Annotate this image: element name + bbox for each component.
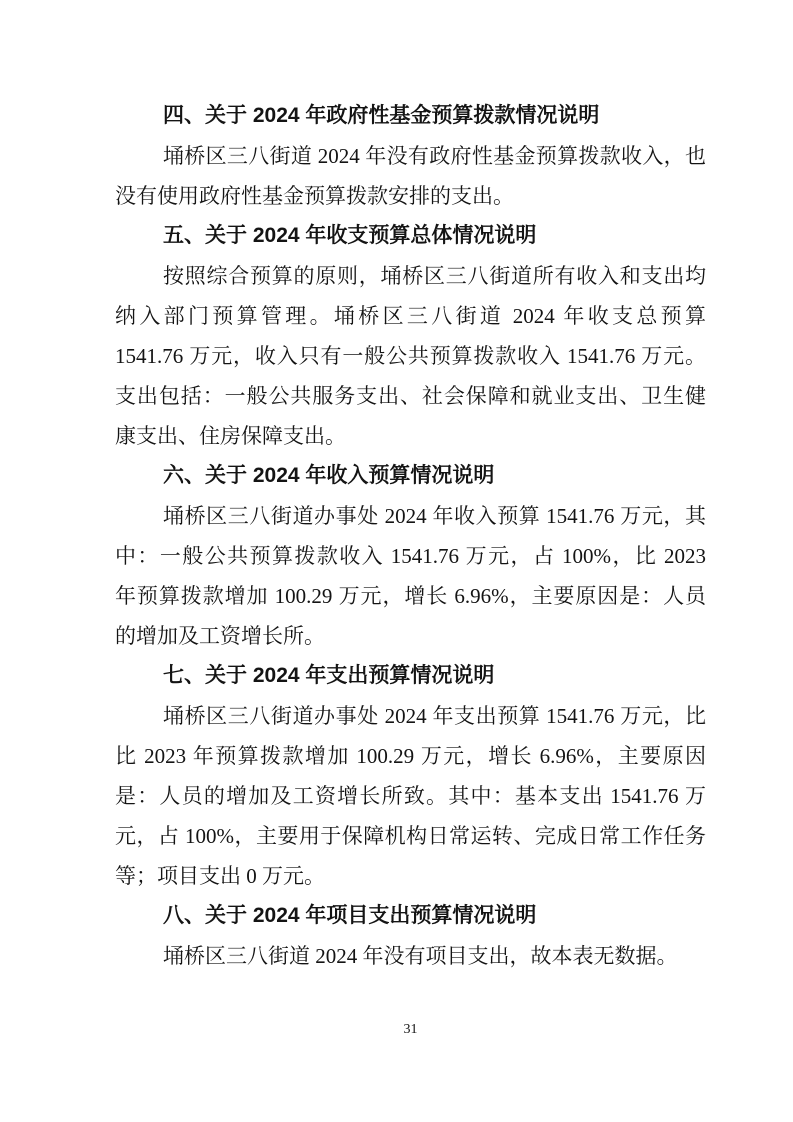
paragraph-line: 年预算拨款增加 100.29 万元，增长 6.96%，主要原因是：人员 bbox=[115, 576, 706, 616]
paragraph-line: 埇桥区三八街道 2024 年没有项目支出，故本表无数据。 bbox=[115, 936, 706, 976]
section-heading-1: 四、关于 2024 年政府性基金预算拨款情况说明 bbox=[115, 96, 706, 136]
paragraph-line: 没有使用政府性基金预算拨款安排的支出。 bbox=[115, 176, 706, 216]
paragraph-line: 埇桥区三八街道办事处 2024 年支出预算 1541.76 万元，比 bbox=[115, 696, 706, 736]
document-page: 四、关于 2024 年政府性基金预算拨款情况说明埇桥区三八街道 2024 年没有… bbox=[0, 0, 793, 1122]
paragraph-line: 康支出、住房保障支出。 bbox=[115, 416, 706, 456]
page-number: 31 bbox=[115, 1022, 706, 1038]
section-heading-4: 七、关于 2024 年支出预算情况说明 bbox=[115, 656, 706, 696]
paragraph-line: 比 2023 年预算拨款增加 100.29 万元，增长 6.96%，主要原因 bbox=[115, 736, 706, 776]
paragraph-line: 埇桥区三八街道 2024 年没有政府性基金预算拨款收入，也 bbox=[115, 136, 706, 176]
paragraph-line: 按照综合预算的原则，埇桥区三八街道所有收入和支出均 bbox=[115, 256, 706, 296]
paragraph-line: 等；项目支出 0 万元。 bbox=[115, 856, 706, 896]
paragraph-line: 中：一般公共预算拨款收入 1541.76 万元，占 100%，比 2023 bbox=[115, 536, 706, 576]
document-body: 四、关于 2024 年政府性基金预算拨款情况说明埇桥区三八街道 2024 年没有… bbox=[115, 96, 706, 976]
paragraph-line: 的增加及工资增长所。 bbox=[115, 616, 706, 656]
paragraph-line: 是：人员的增加及工资增长所致。其中：基本支出 1541.76 万 bbox=[115, 776, 706, 816]
section-heading-5: 八、关于 2024 年项目支出预算情况说明 bbox=[115, 896, 706, 936]
paragraph-line: 支出包括：一般公共服务支出、社会保障和就业支出、卫生健 bbox=[115, 376, 706, 416]
paragraph-line: 元，占 100%，主要用于保障机构日常运转、完成日常工作任务 bbox=[115, 816, 706, 856]
paragraph-line: 埇桥区三八街道办事处 2024 年收入预算 1541.76 万元，其 bbox=[115, 496, 706, 536]
section-heading-2: 五、关于 2024 年收支预算总体情况说明 bbox=[115, 216, 706, 256]
paragraph-line: 1541.76 万元，收入只有一般公共预算拨款收入 1541.76 万元。 bbox=[115, 336, 706, 376]
section-heading-3: 六、关于 2024 年收入预算情况说明 bbox=[115, 456, 706, 496]
paragraph-line: 纳入部门预算管理。埇桥区三八街道 2024 年收支总预算 bbox=[115, 296, 706, 336]
